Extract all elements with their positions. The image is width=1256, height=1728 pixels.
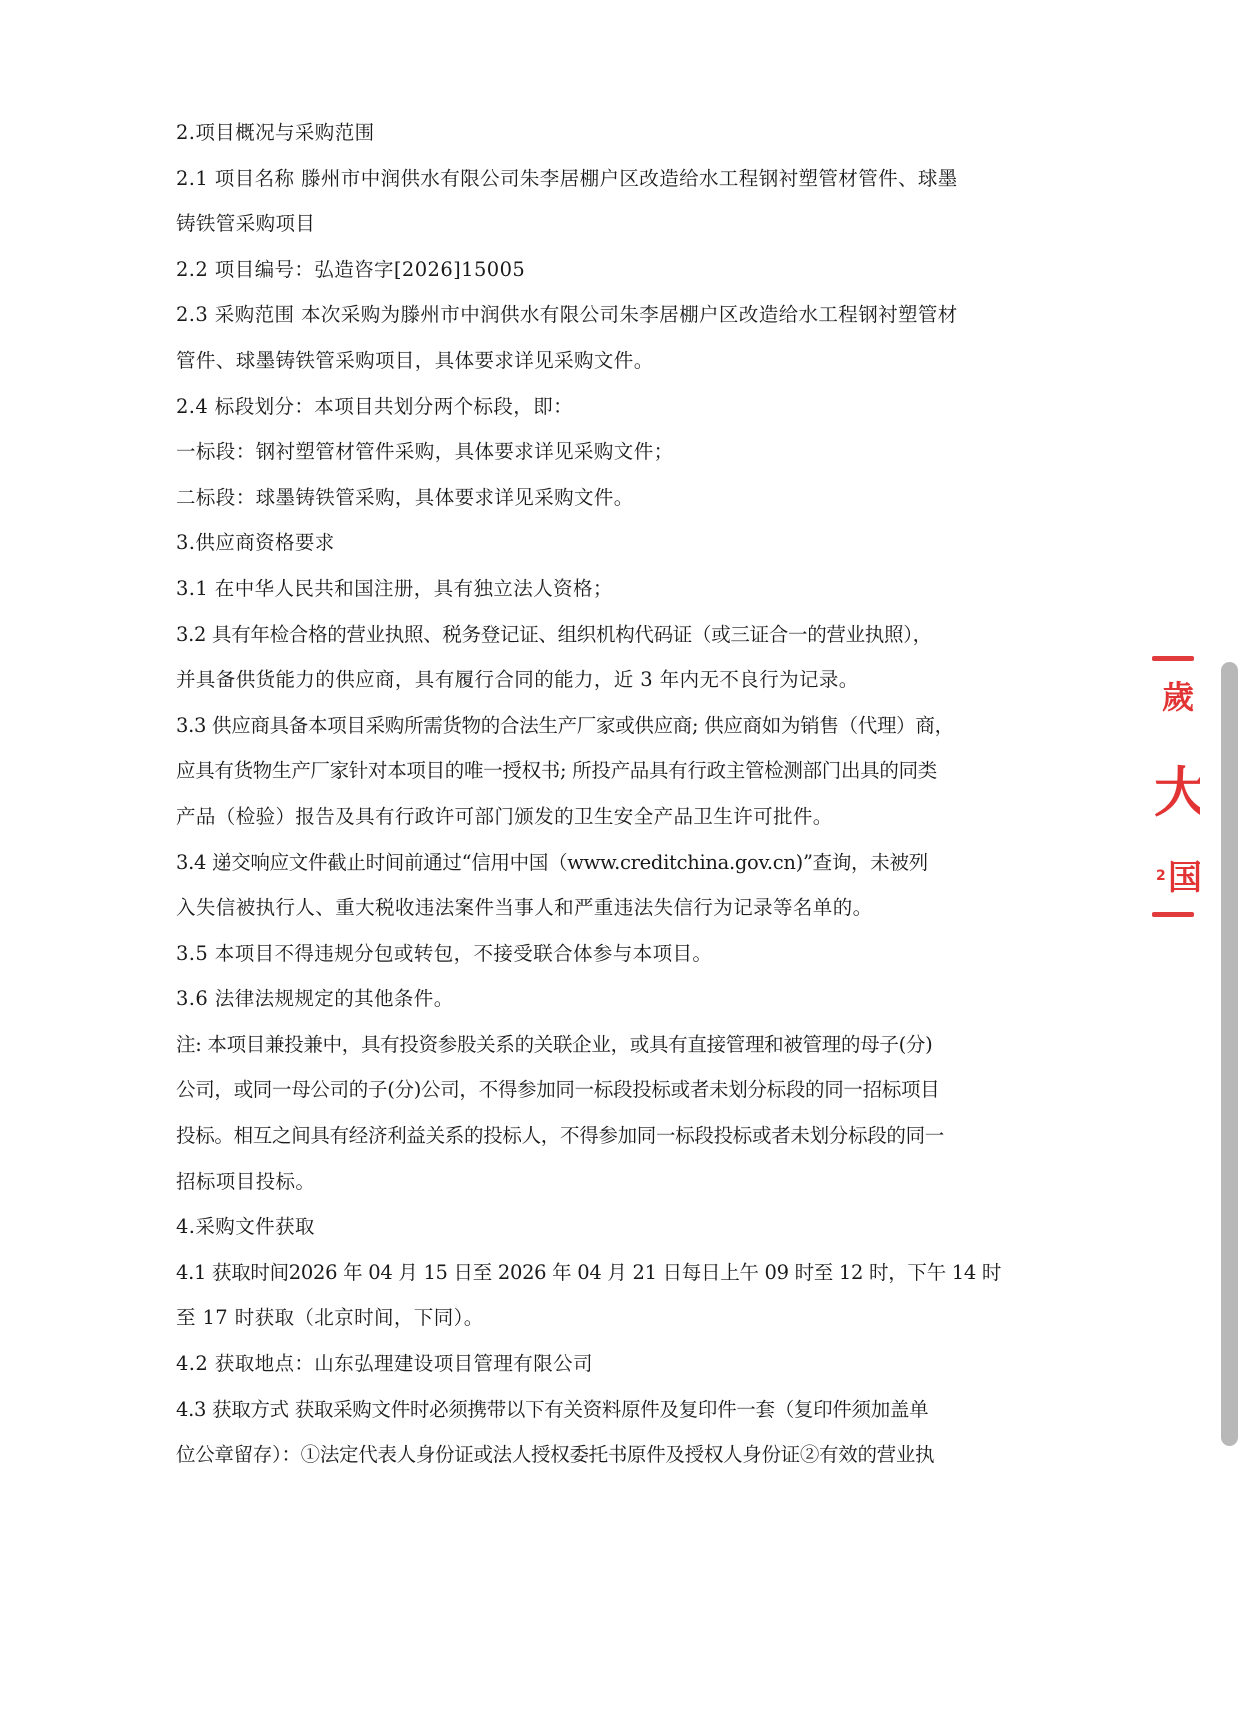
text-line: 3.2 具有年检合格的营业执照、税务登记证、组织机构代码证（或三证合一的营业执照… [176, 612, 1006, 658]
text-line: 4.2 获取地点：山东弘理建设项目管理有限公司 [176, 1341, 1006, 1387]
text-line: 2.2 项目编号：弘造咨字[2026]15005 [176, 247, 1006, 293]
seal-glyph: 歲 [1162, 672, 1194, 718]
text-line: 3.3 供应商具备本项目采购所需货物的合法生产厂家或供应商; 供应商如为销售（代… [176, 703, 1006, 749]
note-line: 投标。相互之间具有经济利益关系的投标人，不得参加同一标段投标或者未划分标段的同一 [176, 1113, 1006, 1159]
section-heading: 3.供应商资格要求 [176, 520, 1006, 566]
text-line: 二标段：球墨铸铁管采购，具体要求详见采购文件。 [176, 475, 1006, 521]
seal-border-top [1152, 656, 1194, 661]
text-line: 4.1 获取时间2026 年 04 月 15 日至 2026 年 04 月 21… [176, 1250, 1006, 1296]
vertical-scrollbar-thumb[interactable] [1221, 662, 1238, 1446]
text-line: 3.4 递交响应文件截止时间前通过“信用中国（www.creditchina.g… [176, 840, 1006, 886]
section-heading: 2.项目概况与采购范围 [176, 110, 1006, 156]
text-line: 3.6 法律法规规定的其他条件。 [176, 976, 1006, 1022]
text-line: 铸铁管采购项目 [176, 201, 1006, 247]
section-heading: 4.采购文件获取 [176, 1204, 1006, 1250]
seal-glyph: 2 [1156, 868, 1166, 884]
document-body: 2.项目概况与采购范围 2.1 项目名称 滕州市中润供水有限公司朱李居棚户区改造… [176, 110, 1006, 1478]
text-line: 产品（检验）报告及具有行政许可部门颁发的卫生安全产品卫生许可批件。 [176, 794, 1006, 840]
text-line: 应具有货物生产厂家针对本项目的唯一授权书; 所投产品具有行政主管检测部门出具的同… [176, 748, 1006, 794]
text-line: 至 17 时获取（北京时间，下同）。 [176, 1295, 1006, 1341]
text-line: 3.1 在中华人民共和国注册，具有独立法人资格； [176, 566, 1006, 612]
seal-border-bottom [1152, 912, 1194, 917]
seal-glyph: 国 [1168, 850, 1200, 899]
text-line: 管件、球墨铸铁管采购项目，具体要求详见采购文件。 [176, 338, 1006, 384]
text-line: 一标段：钢衬塑管材管件采购，具体要求详见采购文件； [176, 429, 1006, 475]
text-line: 2.4 标段划分：本项目共划分两个标段，即： [176, 384, 1006, 430]
text-line: 位公章留存）：①法定代表人身份证或法人授权委托书原件及授权人身份证②有效的营业执 [176, 1432, 1006, 1478]
red-seal-stamp: 歲 大 2 国 [1148, 650, 1200, 925]
text-line: 4.3 获取方式 获取采购文件时必须携带以下有关资料原件及复印件一套（复印件须加… [176, 1387, 1006, 1433]
text-line: 2.1 项目名称 滕州市中润供水有限公司朱李居棚户区改造给水工程钢衬塑管材管件、… [176, 156, 1006, 202]
text-line: 入失信被执行人、重大税收违法案件当事人和严重违法失信行为记录等名单的。 [176, 885, 1006, 931]
text-line: 并具备供货能力的供应商，具有履行合同的能力，近 3 年内无不良行为记录。 [176, 657, 1006, 703]
note-line: 招标项目投标。 [176, 1159, 1006, 1205]
seal-star-glyph: 大 [1154, 750, 1200, 827]
text-line: 3.5 本项目不得违规分包或转包，不接受联合体参与本项目。 [176, 931, 1006, 977]
note-line: 注: 本项目兼投兼中，具有投资参股关系的关联企业，或具有直接管理和被管理的母子(… [176, 1022, 1006, 1068]
note-line: 公司，或同一母公司的子(分)公司，不得参加同一标段投标或者未划分标段的同一招标项… [176, 1067, 1006, 1113]
text-line: 2.3 采购范围 本次采购为滕州市中润供水有限公司朱李居棚户区改造给水工程钢衬塑… [176, 292, 1006, 338]
document-page: 2.项目概况与采购范围 2.1 项目名称 滕州市中润供水有限公司朱李居棚户区改造… [0, 0, 1256, 1728]
